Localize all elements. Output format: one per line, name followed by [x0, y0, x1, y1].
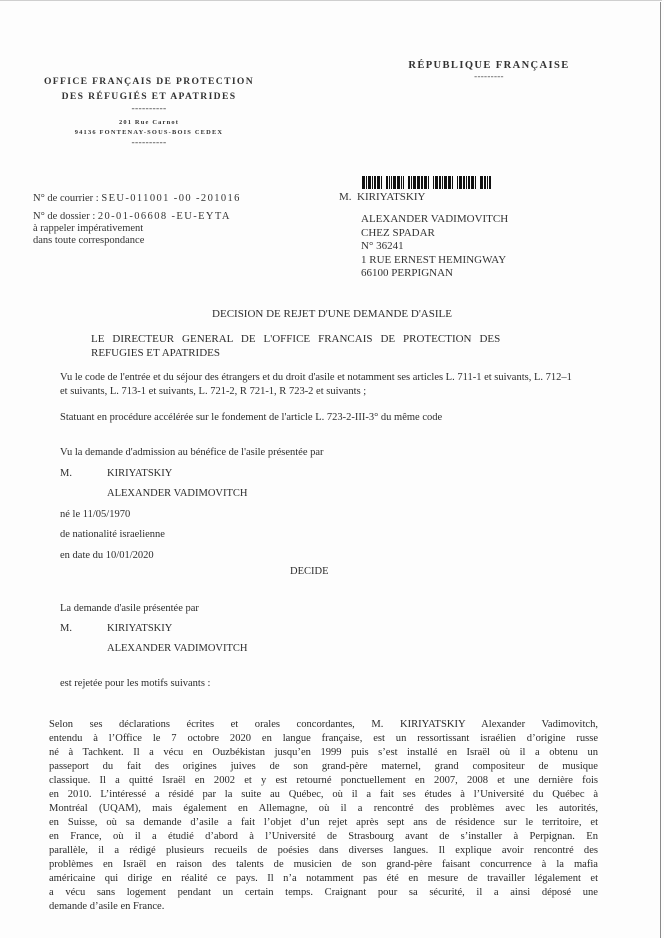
recipient-surname: KIRIYATSKIY [357, 191, 425, 203]
reference-note-1: à rappeler impérativement [33, 223, 241, 235]
grounds-line: a vécu sans logement pendant un certain … [49, 886, 598, 900]
decision-title: DECISION DE REJET D'UNE DEMANDE D'ASILE [0, 308, 664, 320]
decide-heading: DECIDE [290, 566, 329, 577]
courrier-number: N° de courrier : SEU-011001 -00 -201016 [33, 193, 241, 205]
grounds-line: classique. Il a quitté Israël en 2002 et… [49, 774, 598, 788]
barcode-icon [362, 176, 516, 189]
procedure-paragraph: Statuant en procédure accélérée sur le f… [60, 412, 442, 423]
rejection-statement: est rejetée pour les motifs suivants : [60, 678, 210, 689]
born-label: né le [60, 509, 83, 520]
reference-note-2: dans toute correspondance [33, 235, 241, 247]
grounds-line: en 2010. L’intéressé a résidé par la sui… [49, 788, 598, 802]
application-date: 10/01/2020 [106, 550, 154, 561]
grounds-line: en France, où il a étudié d’abord à l’Un… [49, 830, 598, 844]
dossier-label: N° de dossier : [33, 211, 98, 222]
applicant-surname: KIRIYATSKIY [107, 468, 172, 479]
issuer-name-line2: DES RÉFUGIÉS ET APATRIDES [20, 89, 278, 104]
applicant-nationality: de nationalité israelienne [60, 525, 324, 546]
recipient-street: 1 RUE ERNEST HEMINGWAY [361, 254, 508, 268]
grounds-line: Montréal (UQAM), mais également en Allem… [49, 802, 598, 816]
application-details: Vu la demande d'admission au bénéfice de… [60, 443, 324, 566]
grounds-line: américaine qui dirige en réalité ce pays… [49, 872, 598, 886]
grounds-line: en Suisse, où sa demande d’asile a fait … [49, 816, 598, 830]
grounds-line: passeport du fait des origines juives de… [49, 760, 598, 774]
issuer-separator-2: ---------- [20, 138, 278, 148]
born-date: 11/05/1970 [83, 509, 130, 520]
applicant-civility: M. [60, 464, 107, 485]
recipient-care-of: CHEZ SPADAR [361, 227, 508, 241]
dossier-value: 20-01-06608 -EU-EYTA [98, 211, 231, 222]
issuer-street: 201 Rue Carnot [20, 118, 278, 128]
courrier-value: SEU-011001 -00 -201016 [101, 193, 241, 204]
issuer-header: OFFICE FRANÇAIS DE PROTECTION DES RÉFUGI… [20, 74, 278, 148]
grounds-line: entendu à l’Office le 7 octobre 2020 en … [49, 732, 598, 746]
recipient-civility: M. [339, 191, 352, 203]
republic-title: RÉPUBLIQUE FRANÇAISE [400, 60, 578, 71]
authority-line-1: LE DIRECTEUR GENERAL DE L'OFFICE FRANCAI… [91, 332, 551, 346]
recipient-box-number: N° 36241 [361, 240, 508, 254]
recipient-name-line: M. KIRIYATSKIY [339, 190, 508, 204]
issuer-name-line1: OFFICE FRANÇAIS DE PROTECTION [20, 74, 278, 89]
grounds-line: parallèle, il a rédigé plusieurs recueil… [49, 844, 598, 858]
grounds-line: Selon ses déclarations écrites et orales… [49, 718, 598, 732]
page-edge-right [660, 2, 661, 938]
recipient-address: M. KIRIYATSKIY ALEXANDER VADIMOVITCH CHE… [339, 190, 508, 281]
grounds-paragraph: Selon ses déclarations écrites et orales… [49, 718, 598, 914]
applicant-given-names: ALEXANDER VADIMOVITCH [107, 488, 247, 499]
request-intro: La demande d'asile présentée par [60, 599, 247, 619]
application-date-label: en date du [60, 550, 106, 561]
request-civility: M. [60, 619, 107, 639]
request-surname: KIRIYATSKIY [107, 623, 172, 634]
grounds-line: demande d’asile en France. [49, 900, 598, 914]
scanned-document-page: OFFICE FRANÇAIS DE PROTECTION DES RÉFUGI… [0, 0, 664, 938]
grounds-line: problèmes en Israël en raison des talent… [49, 858, 598, 872]
recipient-postal-city: 66100 PERPIGNAN [361, 267, 508, 281]
authority-heading: LE DIRECTEUR GENERAL DE L'OFFICE FRANCAI… [91, 332, 551, 360]
page-edge-top [0, 0, 662, 1]
grounds-line: né à Tachkent. Il a vécu en Ouzbékistan … [49, 746, 598, 760]
request-given-names: ALEXANDER VADIMOVITCH [107, 643, 247, 654]
recipient-given-names: ALEXANDER VADIMOVITCH [361, 213, 508, 227]
issuer-separator: ---------- [20, 104, 278, 114]
reference-numbers: N° de courrier : SEU-011001 -00 -201016 … [33, 193, 241, 247]
application-intro: Vu la demande d'admission au bénéfice de… [60, 443, 324, 464]
rejected-request: La demande d'asile présentée par M.KIRIY… [60, 599, 247, 659]
legal-basis-paragraph: Vu le code de l'entrée et du séjour des … [60, 371, 580, 398]
courrier-label: N° de courrier : [33, 193, 101, 204]
authority-line-2: REFUGIES ET APATRIDES [91, 347, 220, 359]
republic-separator: --------- [400, 71, 578, 81]
dossier-number: N° de dossier : 20-01-06608 -EU-EYTA [33, 211, 241, 223]
